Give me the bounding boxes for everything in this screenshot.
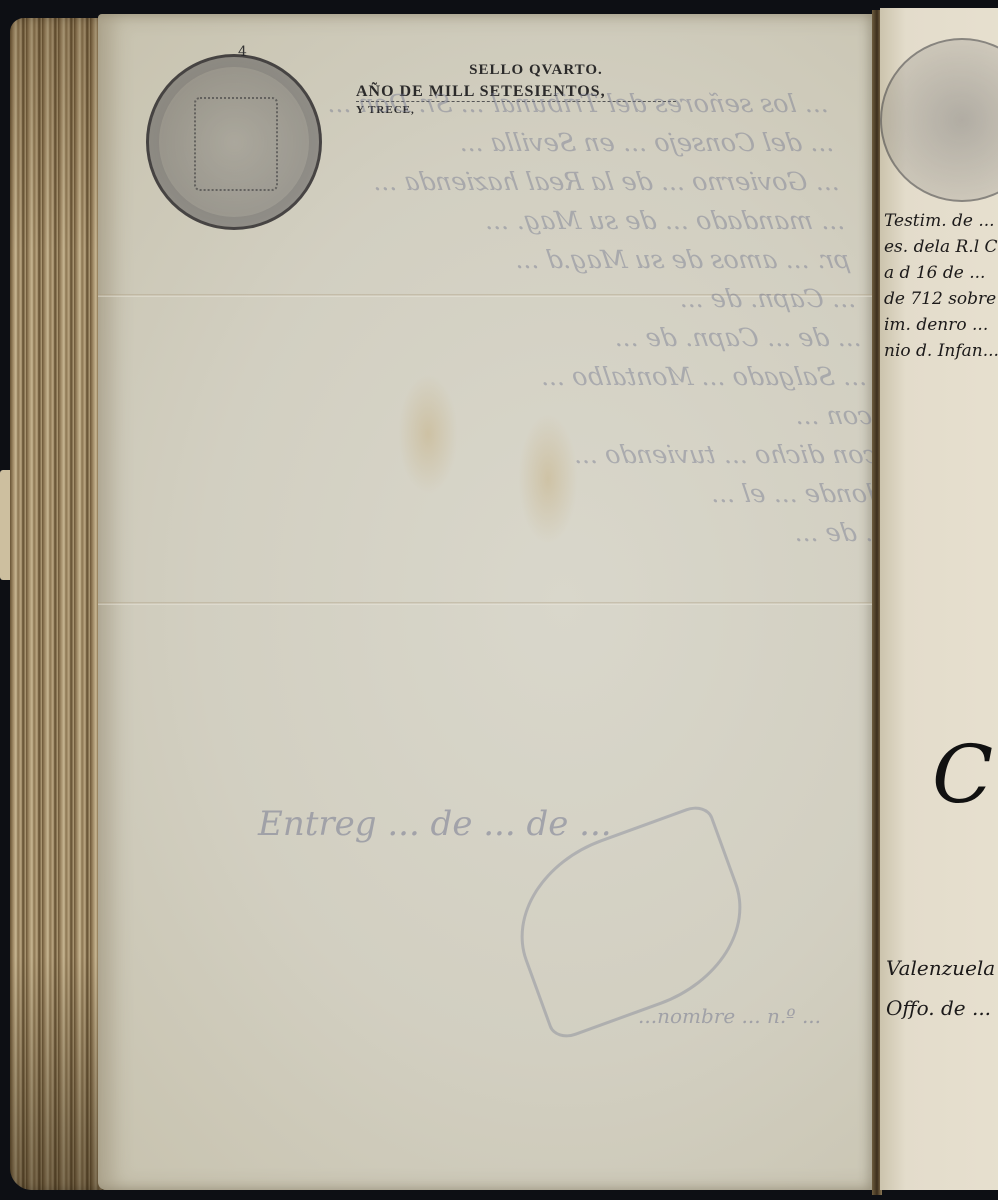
bleed-line: donde ... el ...	[260, 474, 874, 513]
annotation-line: es. dela R.l Co...	[884, 234, 998, 260]
annotation-line: Testim. de ...	[884, 208, 998, 234]
main-manuscript-page: 4 SELLO QVARTO. AÑO DE MILL SETESIENTOS,…	[98, 14, 874, 1190]
bleed-line: ... de ...	[265, 513, 874, 552]
bleed-line: ... Govierno ... de la Real hazienda ...	[216, 162, 841, 201]
fold-line	[98, 602, 874, 605]
bleed-line: con ...	[249, 396, 874, 435]
signature-bleed: Entreg ... de ... de ...	[258, 804, 612, 844]
facing-page-lower-text: Valenzuela ... Offo. de ...	[886, 948, 998, 1028]
lower-line: Offo. de ...	[886, 988, 998, 1028]
facing-page: Testim. de ... es. dela R.l Co... a d 16…	[880, 8, 998, 1190]
bleed-line: ... de ... Capn. de ...	[238, 318, 863, 357]
marginal-annotation: Testim. de ... es. dela R.l Co... a d 16…	[884, 208, 998, 364]
bleed-line: ... del Consejo ... en Sevilla ...	[211, 123, 836, 162]
bleed-line: ... Salgado ... Montalbo ...	[243, 357, 868, 396]
annotation-line: im. denro ...	[884, 312, 998, 338]
open-book-spread: 4 SELLO QVARTO. AÑO DE MILL SETESIENTOS,…	[0, 0, 998, 1200]
rubric-text: ...nombre ... n.º ...	[638, 1004, 821, 1028]
lower-line: Valenzuela ...	[886, 948, 998, 988]
bleed-line: pr. ... amos de su Mag.d ...	[227, 240, 852, 279]
bleed-through-text: ... los señores del Tribunal ... Sr. Don…	[205, 84, 874, 552]
bleed-line: ... los señores del Tribunal ... Sr. Don…	[205, 84, 830, 123]
bleed-line: ... mandado ... de su Mag. ...	[222, 201, 847, 240]
bleed-line: con dicho ... tuviendo ...	[254, 435, 874, 474]
annotation-line: de 712 sobre ...	[884, 286, 998, 312]
seal-icon	[880, 38, 998, 202]
annotation-line: nio d. Infan...	[884, 338, 998, 364]
large-initial-flourish: C	[932, 728, 993, 821]
stamp-line-1: SELLO QVARTO.	[356, 62, 676, 79]
bleed-line: ... Capn. de ...	[233, 279, 858, 318]
annotation-line: a d 16 de ...	[884, 260, 998, 286]
